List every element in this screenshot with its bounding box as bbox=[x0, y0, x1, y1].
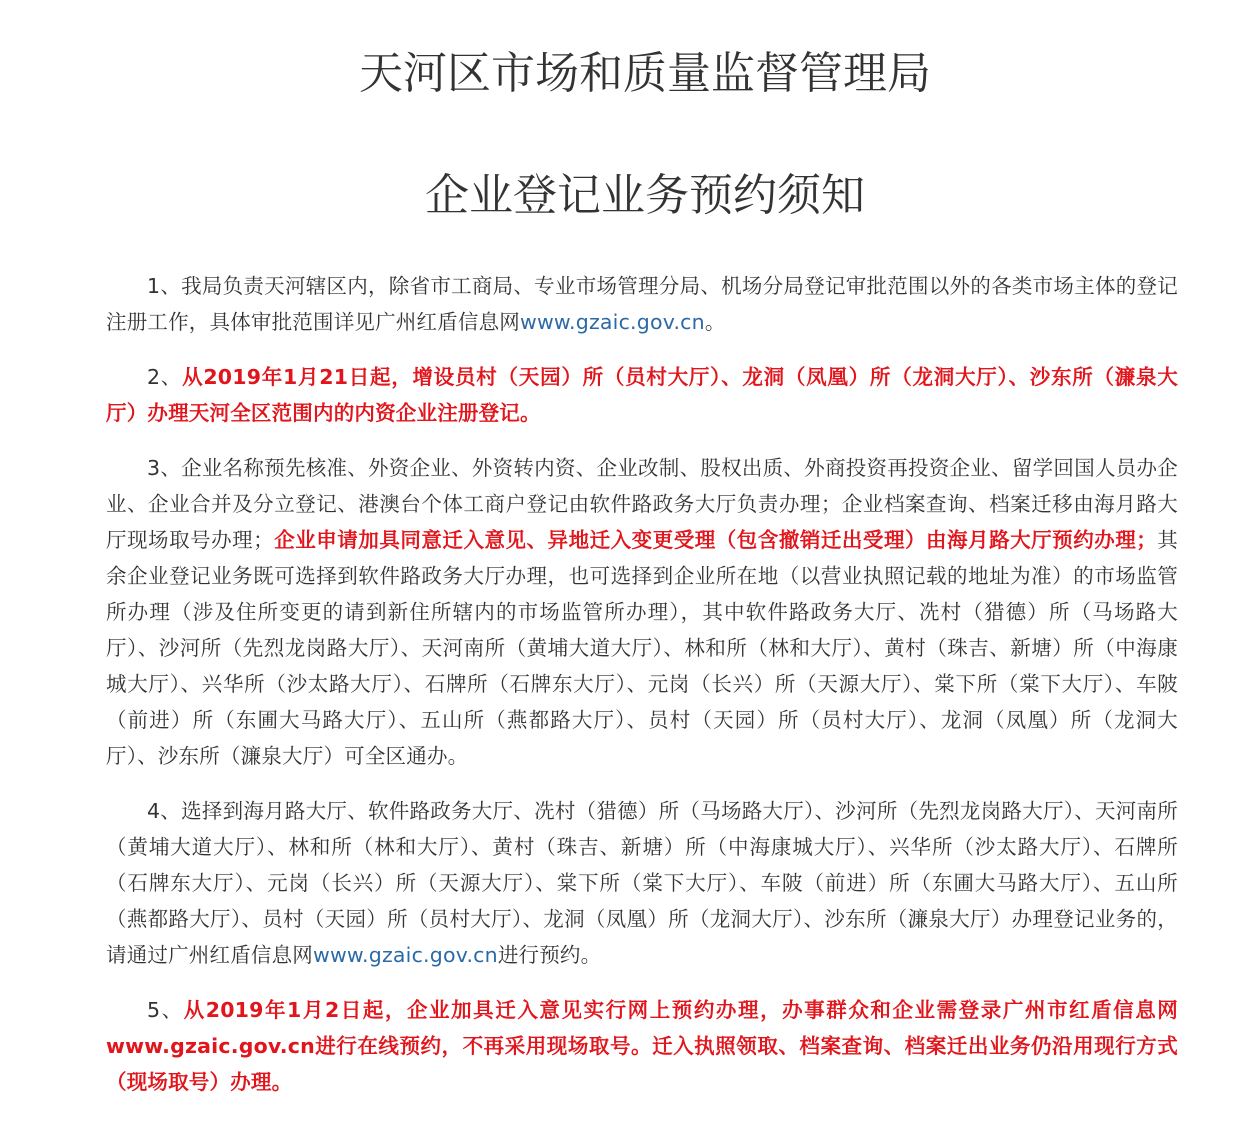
paragraph-1: 1、我局负责天河辖区内，除省市工商局、专业市场管理分局、机场分局登记审批范围以外… bbox=[106, 268, 1178, 340]
highlighted-text: 从2019年1月21日起，增设员村（天园）所（员村大厅）、龙洞（凤凰）所（龙洞大… bbox=[106, 365, 1178, 425]
paragraph-text: 其余企业登记业务既可选择到软件路政务大厅办理，也可选择到企业所在地（以营业执照记… bbox=[106, 528, 1178, 768]
page-title: 天河区市场和质量监督管理局 bbox=[0, 44, 1245, 104]
highlighted-text: 企业申请加具同意迁入意见、异地迁入变更受理（包含撤销迁出受理）由海月路大厅预约办… bbox=[274, 528, 1157, 552]
highlighted-text: 从2019年1月2日起，企业加具迁入意见实行网上预约办理，办事群众和企业需登录广… bbox=[184, 998, 1178, 1022]
gzaic-link[interactable]: www.gzaic.gov.cn bbox=[313, 943, 498, 967]
paragraph-number: 4、 bbox=[147, 799, 181, 823]
gzaic-link[interactable]: www.gzaic.gov.cn bbox=[106, 1034, 315, 1058]
paragraph-number: 1、 bbox=[147, 274, 181, 298]
gzaic-link[interactable]: www.gzaic.gov.cn bbox=[520, 310, 705, 334]
paragraph-text: 选择到海月路大厅、软件路政务大厅、冼村（猎德）所（马场路大厅）、沙河所（先烈龙岗… bbox=[106, 799, 1178, 967]
paragraph-text: 。 bbox=[705, 310, 726, 334]
paragraph-3: 3、企业名称预先核准、外资企业、外资转内资、企业改制、股权出质、外商投资再投资企… bbox=[106, 450, 1178, 774]
page-subtitle: 企业登记业务预约须知 bbox=[0, 166, 1245, 226]
paragraph-4: 4、选择到海月路大厅、软件路政务大厅、冼村（猎德）所（马场路大厅）、沙河所（先烈… bbox=[106, 793, 1178, 973]
paragraph-number: 5、 bbox=[147, 998, 184, 1022]
paragraph-number: 2、 bbox=[147, 365, 182, 389]
paragraph-text: 进行预约。 bbox=[498, 943, 602, 967]
paragraph-2: 2、从2019年1月21日起，增设员村（天园）所（员村大厅）、龙洞（凤凰）所（龙… bbox=[106, 359, 1178, 431]
paragraph-5: 5、从2019年1月2日起，企业加具迁入意见实行网上预约办理，办事群众和企业需登… bbox=[106, 992, 1178, 1100]
notice-content: 1、我局负责天河辖区内，除省市工商局、专业市场管理分局、机场分局登记审批范围以外… bbox=[106, 268, 1178, 1119]
notice-page: 天河区市场和质量监督管理局 企业登记业务预约须知 1、我局负责天河辖区内，除省市… bbox=[0, 0, 1245, 1133]
paragraph-number: 3、 bbox=[147, 456, 181, 480]
